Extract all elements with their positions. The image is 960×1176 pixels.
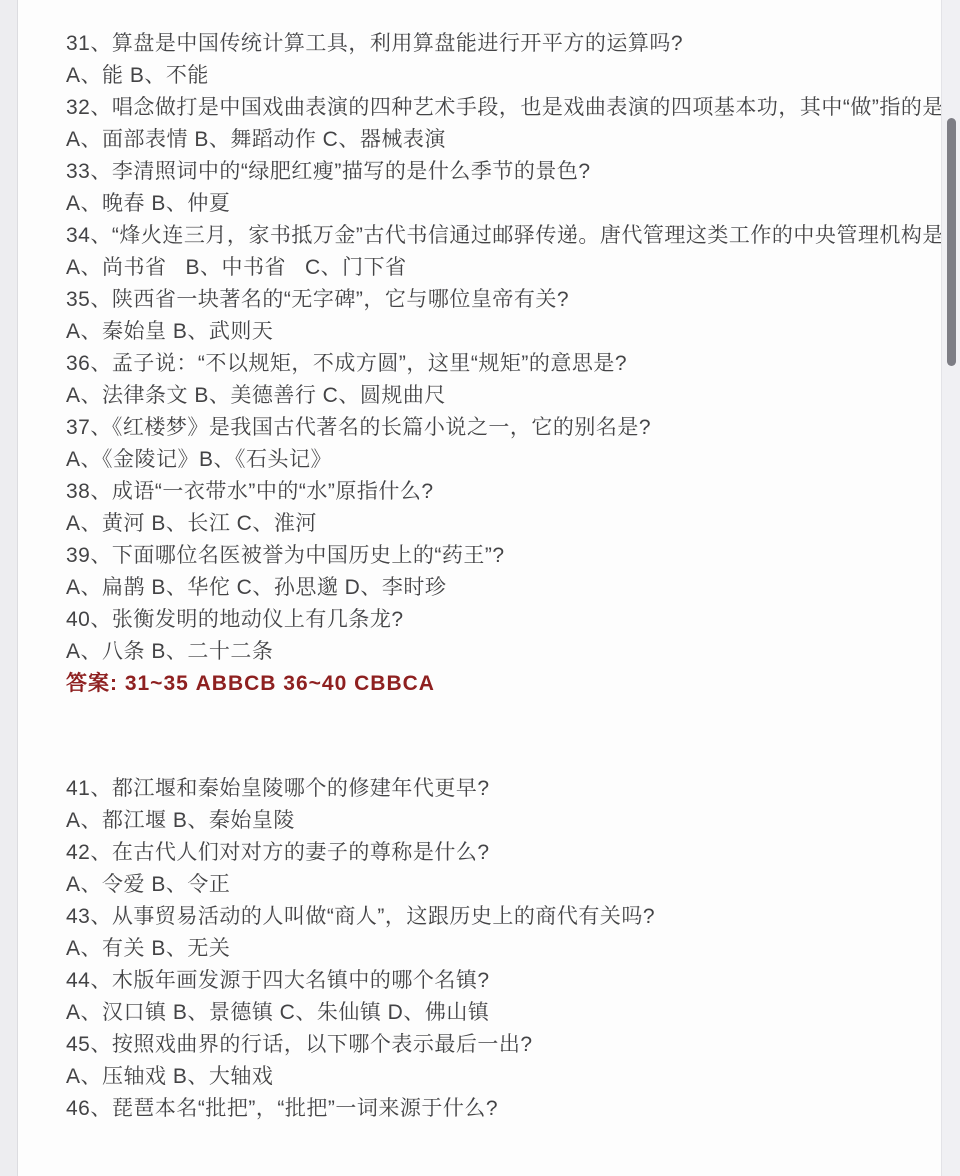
option-line: A、都江堰 B、秦始皇陵 (66, 805, 931, 837)
option-line: A、有关 B、无关 (66, 933, 931, 965)
question-line: 41、都江堰和秦始皇陵哪个的修建年代更早? (66, 773, 931, 805)
question-line: 43、从事贸易活动的人叫做“商人”，这跟历史上的商代有关吗? (66, 901, 931, 933)
option-line: A、黄河 B、长江 C、淮河 (66, 508, 931, 540)
question-line: 33、李清照词中的“绿肥红瘦”描写的是什么季节的景色? (66, 156, 931, 188)
option-line: A、面部表情 B、舞蹈动作 C、器械表演 (66, 124, 931, 156)
question-line: 36、孟子说：“不以规矩，不成方圆”，这里“规矩”的意思是? (66, 348, 931, 380)
answer-line: 答案: 31~35 ABBCB 36~40 CBBCA (66, 668, 931, 700)
question-line: 45、按照戏曲界的行话，以下哪个表示最后一出? (66, 1029, 931, 1061)
document-page: 31、算盘是中国传统计算工具，利用算盘能进行开平方的运算吗?A、能 B、不能32… (19, 0, 941, 1176)
option-line: A、晚春 B、仲夏 (66, 188, 931, 220)
option-line: A、秦始皇 B、武则天 (66, 316, 931, 348)
question-line: 39、下面哪位名医被誉为中国历史上的“药王”? (66, 540, 931, 572)
question-line: 37、《红楼梦》是我国古代著名的长篇小说之一，它的别名是? (66, 412, 931, 444)
question-line: 34、“烽火连三月，家书抵万金”古代书信通过邮驿传递。唐代管理这类工作的中央管理… (66, 220, 931, 252)
question-line: 35、陕西省一块著名的“无字碑”，它与哪位皇帝有关? (66, 284, 931, 316)
question-line: 44、木版年画发源于四大名镇中的哪个名镇? (66, 965, 931, 997)
question-line: 40、张衡发明的地动仪上有几条龙? (66, 604, 931, 636)
option-line: A、压轴戏 B、大轴戏 (66, 1061, 931, 1093)
question-line: 31、算盘是中国传统计算工具，利用算盘能进行开平方的运算吗? (66, 28, 931, 60)
question-line: 46、琵琶本名“批把”，“批把”一词来源于什么? (66, 1093, 931, 1125)
option-line: A、能 B、不能 (66, 60, 931, 92)
question-section: 31、算盘是中国传统计算工具，利用算盘能进行开平方的运算吗?A、能 B、不能32… (66, 28, 931, 700)
option-line: A、法律条文 B、美德善行 C、圆规曲尺 (66, 380, 931, 412)
vertical-scrollbar[interactable] (941, 0, 960, 1176)
question-section: 41、都江堰和秦始皇陵哪个的修建年代更早?A、都江堰 B、秦始皇陵42、在古代人… (66, 773, 931, 1125)
option-line: A、汉口镇 B、景德镇 C、朱仙镇 D、佛山镇 (66, 997, 931, 1029)
option-line: A、令爱 B、令正 (66, 869, 931, 901)
option-line: A、《金陵记》B、《石头记》 (66, 444, 931, 476)
page-left-margin-band (0, 0, 18, 1176)
option-line: A、尚书省 B、中书省 C、门下省 (66, 252, 931, 284)
document-body: 31、算盘是中国传统计算工具，利用算盘能进行开平方的运算吗?A、能 B、不能32… (19, 0, 941, 1125)
question-line: 32、唱念做打是中国戏曲表演的四种艺术手段，也是戏曲表演的四项基本功，其中“做”… (66, 92, 931, 124)
question-line: 38、成语“一衣带水”中的“水”原指什么? (66, 476, 931, 508)
option-line: A、八条 B、二十二条 (66, 636, 931, 668)
option-line: A、扁鹊 B、华佗 C、孙思邈 D、李时珍 (66, 572, 931, 604)
question-line: 42、在古代人们对对方的妻子的尊称是什么? (66, 837, 931, 869)
scrollbar-thumb[interactable] (947, 118, 956, 366)
